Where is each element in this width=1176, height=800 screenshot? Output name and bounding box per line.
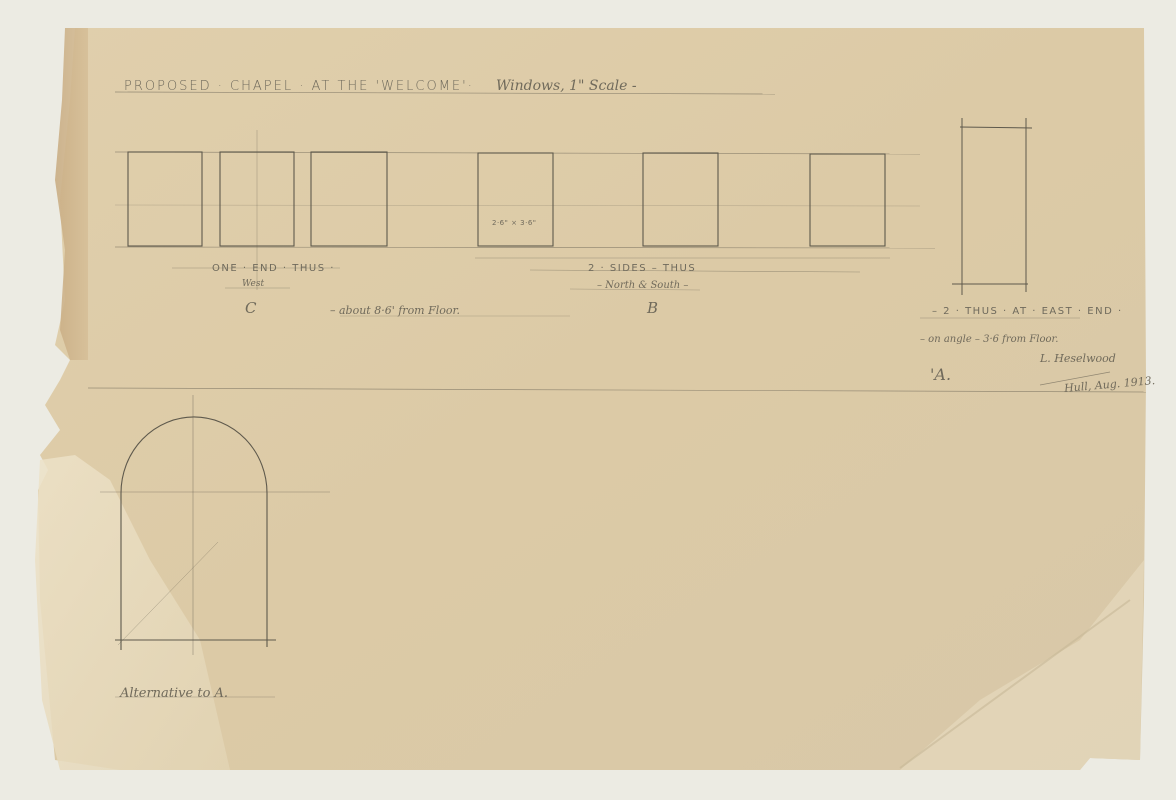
elevation-b-orientation: – North & South – <box>597 280 688 291</box>
elevation-c-letter: C <box>245 299 256 317</box>
paper-and-linework <box>0 0 1176 800</box>
drawing-subtitle: Windows, 1" Scale - <box>496 78 637 94</box>
window-dimension-label: 2·6" × 3·6" <box>492 219 537 227</box>
elevation-b-caption: 2 · SIDES – THUS <box>588 263 696 274</box>
architect-signature: L. Heselwood <box>1040 352 1116 365</box>
elevation-a-height-note: – on angle – 3·6 from Floor. <box>920 334 1058 345</box>
drawing-title: PROPOSED · CHAPEL · AT THE 'WELCOME'· <box>124 79 474 94</box>
alternative-label: Alternative to A. <box>120 686 228 701</box>
elevation-b-letter: B <box>647 299 658 317</box>
paper <box>35 28 1146 770</box>
drawing-sheet: PROPOSED · CHAPEL · AT THE 'WELCOME'· Wi… <box>0 0 1176 800</box>
elevation-c-height-note: – about 8·6' from Floor. <box>330 304 460 317</box>
elevation-c-orientation: West <box>242 279 264 289</box>
elevation-a-caption: – 2 · THUS · AT · EAST · END · <box>932 306 1123 317</box>
elevation-a-letter: 'A. <box>930 365 951 384</box>
elevation-c-caption: ONE · END · THUS · <box>212 263 335 274</box>
